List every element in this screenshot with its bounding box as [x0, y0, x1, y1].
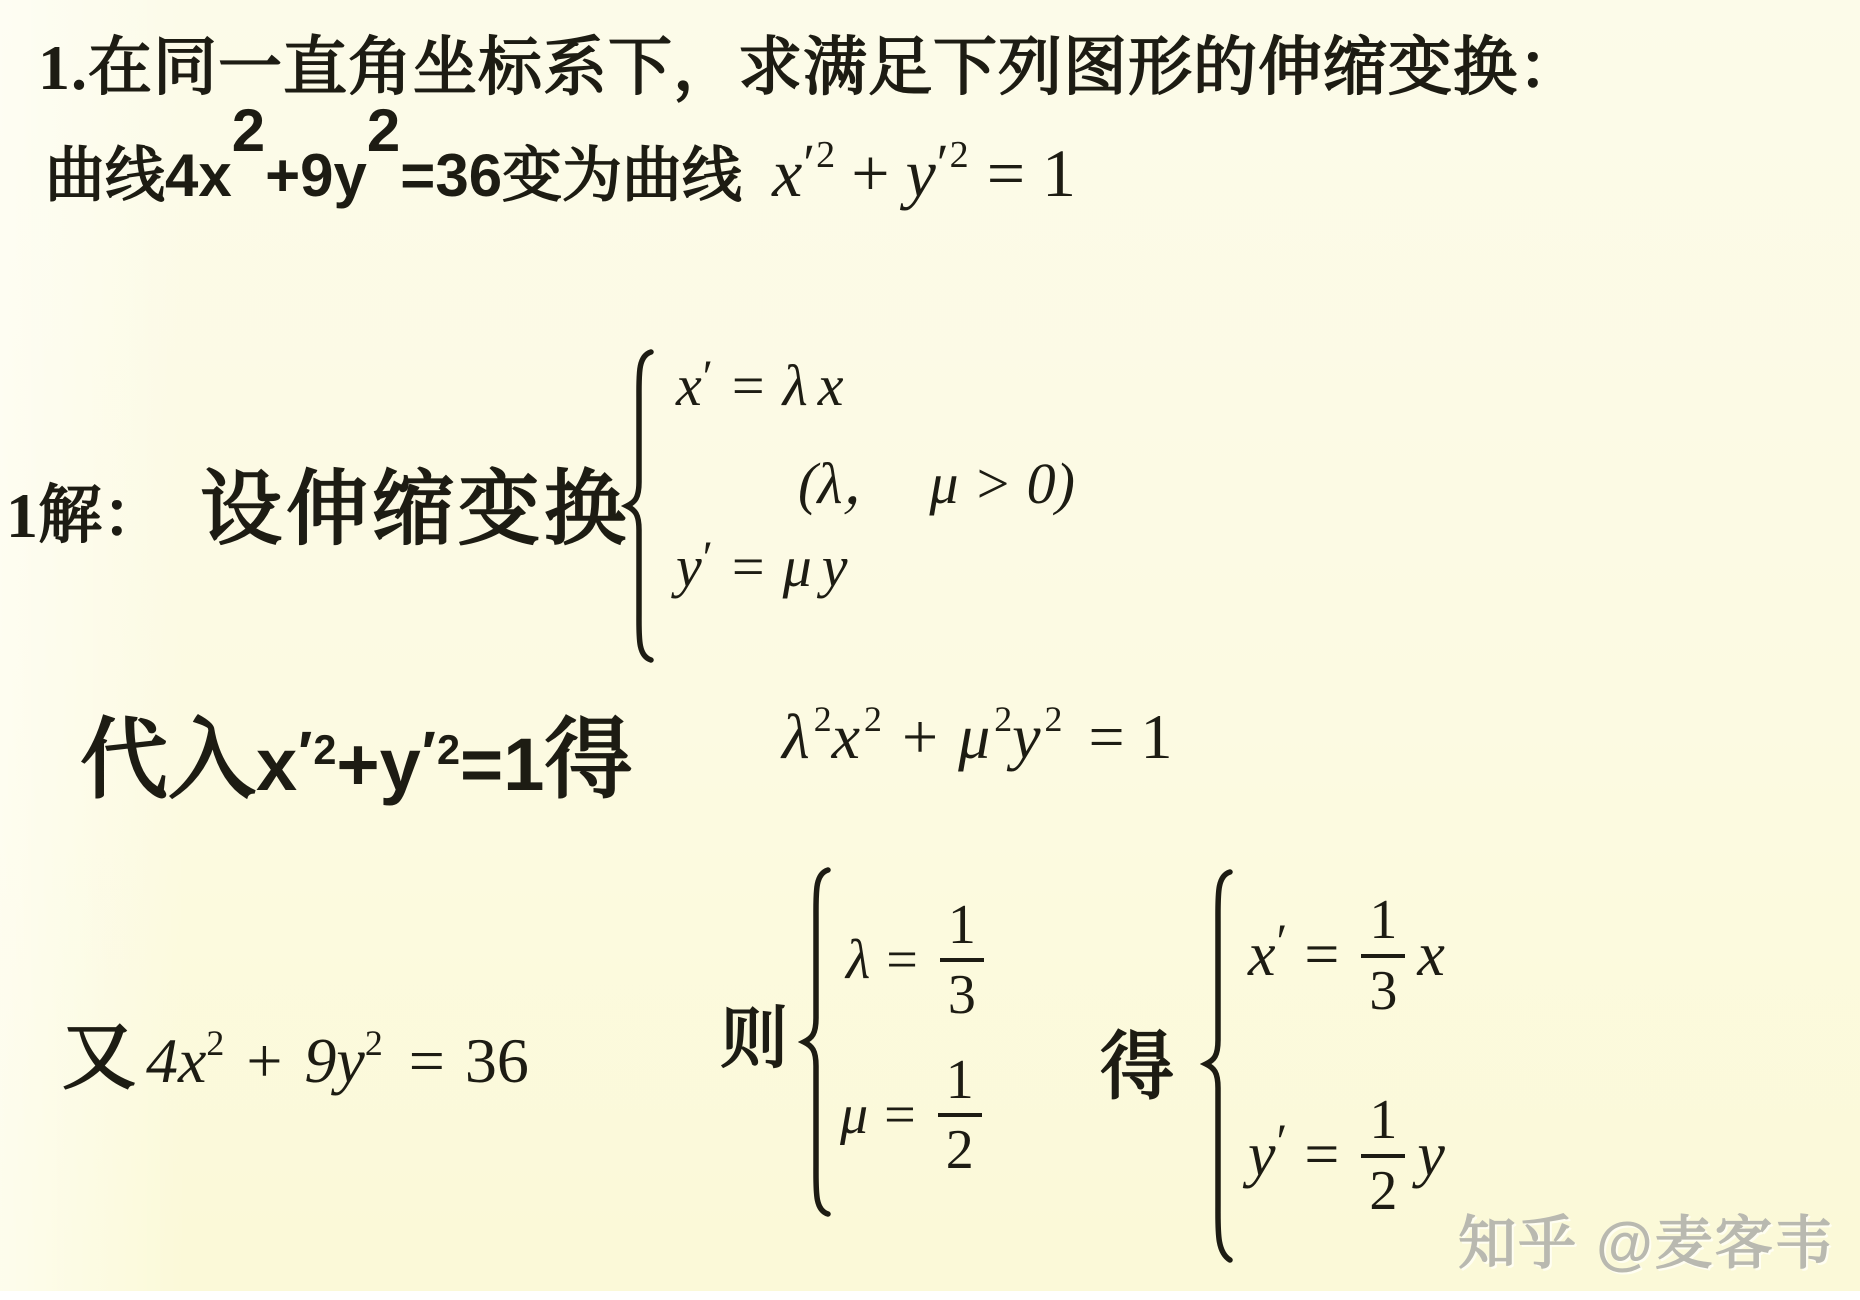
fraction-numerator: 1: [1361, 1090, 1405, 1150]
fraction-denominator: 3: [1361, 961, 1405, 1021]
prime-mark: ′: [298, 718, 312, 787]
mu-value-row: μ=12: [840, 1035, 988, 1195]
target-curve-formula: x′2+y′2= 1: [772, 134, 1076, 213]
exponent: 2: [437, 726, 460, 774]
substitute-statement: 代入x′2+y′2=1得: [80, 690, 632, 816]
given-eq-rhs: =36: [400, 141, 502, 210]
exponent: 2: [864, 698, 882, 740]
substitute-eq: x′2+y′2=1: [256, 722, 544, 807]
math-var: x: [1248, 920, 1276, 991]
given-suffix: 变为曲线: [502, 128, 742, 214]
exponent: 2: [816, 133, 835, 177]
math-var: x: [818, 352, 844, 419]
lambda-symbol: λ: [846, 928, 870, 992]
fraction-bar: [940, 958, 984, 962]
given-eq-exp1: 2: [232, 96, 265, 165]
plus-operator: +: [336, 723, 379, 806]
given-eq-term1: 4x: [165, 141, 232, 210]
equals-sign: =: [884, 1083, 916, 1147]
prime-mark: ′: [703, 351, 713, 404]
lambda-value-row: λ=13: [846, 885, 990, 1035]
math-slide: 1.在同一直角坐标系下，求满足下列图形的伸缩变换： 曲线4x2+9y2=36变为…: [0, 0, 1860, 1300]
also-prefix: 又: [62, 998, 136, 1104]
transform-equation-x: x′=λx: [676, 352, 844, 419]
math-var: y: [1012, 700, 1040, 774]
fraction-bar: [938, 1113, 982, 1117]
fraction-denominator: 3: [940, 965, 984, 1025]
mu-symbol: μ: [840, 1083, 868, 1147]
fraction-numerator: 1: [1361, 890, 1405, 950]
exponent: 2: [994, 698, 1012, 740]
substitute-prefix: 代入: [80, 690, 256, 816]
given-curves-line: 曲线4x2+9y2=36变为曲线 x′2+y′2= 1: [45, 128, 1076, 214]
exponent: 2: [365, 1022, 383, 1064]
term: 9y: [304, 1025, 364, 1096]
mu-coefficient: μ: [958, 700, 990, 774]
ellipse-equation: 4x2+9y2=36: [146, 1024, 529, 1098]
also-equation-line: 又 4x2+9y2=36: [62, 998, 529, 1104]
problem-title: 1.在同一直角坐标系下，求满足下列图形的伸缩变换：: [38, 16, 1583, 108]
term: 4x: [146, 1025, 206, 1096]
prime-mark: ′: [1277, 913, 1288, 970]
fraction-one-third: 13: [1361, 890, 1405, 1021]
rhs-value: 36: [465, 1025, 529, 1096]
transform-equation-y: y′=μy: [676, 533, 848, 600]
substitution-result-formula: λ2x2+μ2y2= 1: [782, 700, 1195, 774]
plus-operator: +: [246, 1025, 282, 1096]
fraction-numerator: 1: [938, 1050, 982, 1110]
equals-one: = 1: [987, 135, 1076, 211]
math-var: x: [1417, 920, 1445, 991]
fraction-one-half: 12: [938, 1050, 982, 1181]
plus-operator: +: [902, 700, 938, 774]
math-var: y: [1417, 1120, 1445, 1191]
exponent: 2: [206, 1022, 224, 1064]
prime-mark: ′: [703, 532, 713, 585]
left-brace-icon: [1200, 868, 1240, 1264]
prime-mark: ′: [803, 132, 815, 194]
math-var: x: [256, 723, 297, 806]
equals-one: = 1: [1088, 700, 1172, 774]
exponent: 2: [313, 726, 336, 774]
prime-mark: ′: [422, 718, 436, 787]
substitute-suffix: 得: [544, 690, 632, 816]
lambda-coefficient: λ: [783, 352, 808, 419]
solution-label-row: 1解： 设伸缩变换: [6, 444, 630, 561]
fraction-one-third: 13: [940, 895, 984, 1026]
then-label: 则: [720, 985, 788, 1082]
fraction-denominator: 2: [938, 1120, 982, 1180]
left-brace-icon: [620, 348, 664, 664]
result-label: 得: [1100, 1008, 1174, 1114]
fraction-numerator: 1: [940, 895, 984, 955]
zhihu-watermark: 知乎 @麦客韦: [1458, 1196, 1835, 1280]
plus-operator: +: [851, 135, 889, 211]
fraction-denominator: 2: [1361, 1161, 1405, 1221]
math-var: x: [676, 352, 702, 419]
exponent: 2: [950, 133, 969, 177]
math-var: x: [772, 135, 802, 211]
left-brace-icon: [798, 866, 838, 1218]
equals-sign: =: [1304, 920, 1339, 991]
prime-mark: ′: [1277, 1113, 1288, 1170]
fraction-one-half: 12: [1361, 1090, 1405, 1221]
fraction-bar: [1361, 1154, 1405, 1158]
given-eq-exp2: 2: [367, 96, 400, 165]
fraction-bar: [1361, 954, 1405, 958]
math-var: y: [822, 533, 848, 600]
equals-sign: =: [409, 1025, 445, 1096]
solution-setup-text: 设伸缩变换: [200, 444, 630, 561]
exponent: 2: [814, 698, 832, 740]
lambda-coefficient: λ: [782, 700, 810, 774]
math-var: y: [380, 723, 421, 806]
bottom-white-strip: [0, 1291, 1860, 1300]
math-var: y: [676, 533, 702, 600]
equals-sign: =: [886, 928, 918, 992]
equals-sign: =: [732, 533, 765, 600]
final-transform-y-row: y′=12y: [1248, 1078, 1445, 1233]
given-prefix: 曲线: [45, 128, 165, 214]
equals-rhs: =1: [460, 723, 544, 806]
prime-mark: ′: [937, 132, 949, 194]
equals-sign: =: [1304, 1120, 1339, 1191]
solution-number-label: 1解：: [6, 464, 166, 556]
equals-sign: =: [732, 352, 765, 419]
given-eq-term2: +9y: [265, 141, 367, 210]
math-var: y: [1248, 1120, 1276, 1191]
math-var: y: [906, 135, 936, 211]
mu-coefficient: μ: [783, 533, 812, 600]
math-var: x: [832, 700, 860, 774]
exponent: 2: [1045, 698, 1063, 740]
final-transform-x-row: x′=13x: [1248, 878, 1445, 1033]
parameter-condition: (λ， μ > 0): [798, 436, 1075, 520]
